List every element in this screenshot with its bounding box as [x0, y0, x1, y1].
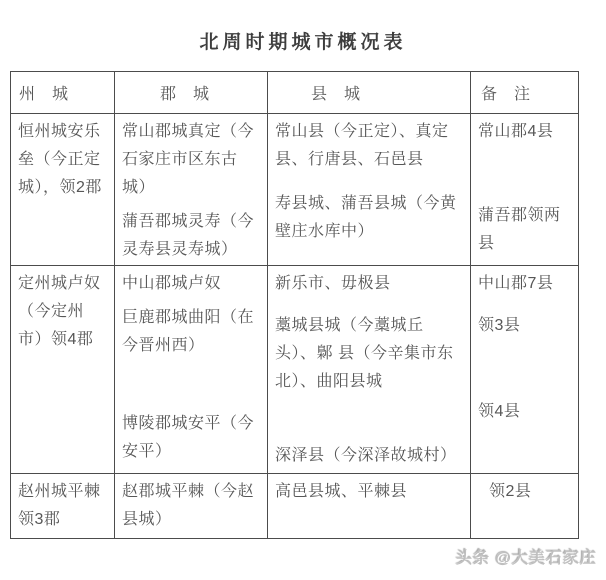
cell-commandery: 常山郡城真定（今石家庄市区东古城） 蒲吾郡城灵寿（今灵寿县灵寿城） — [115, 114, 268, 266]
cell-paragraph: 赵郡城平棘（今赵县城） — [122, 478, 261, 534]
cell-paragraph: 中山郡城卢奴 — [122, 270, 261, 298]
col-header-remarks: 备 注 — [471, 72, 579, 114]
cell-county: 新乐市、毋极县 藁城县城（今藁城丘头）、鄡 县（今辛集市东北）、曲阳县城 深泽县… — [268, 266, 471, 474]
table-row-dingzhou: 定州城卢奴（今定州市）领4郡 中山郡城卢奴 巨鹿郡城曲阳（在今晋州西） 博陵郡城… — [11, 266, 579, 474]
page: 北周时期城市概况表 州 城 郡 城 县 城 备 注 恒州城安乐垒（今正定城），领… — [0, 0, 606, 580]
cell-paragraph: 博陵郡城安平（今安平） — [122, 410, 261, 466]
cell-county: 高邑县城、平棘县 — [268, 474, 471, 539]
cell-paragraph: 深泽县（今深泽故城村） — [275, 442, 464, 470]
cities-table: 州 城 郡 城 县 城 备 注 恒州城安乐垒（今正定城），领2郡 常山郡城真定（… — [10, 71, 579, 539]
cell-paragraph: 蒲吾郡领两县 — [478, 202, 572, 258]
cell-paragraph: 蒲吾郡城灵寿（今灵寿县灵寿城） — [122, 208, 261, 264]
col-header-county-city: 县 城 — [268, 72, 471, 114]
cell-paragraph: 常山郡4县 — [478, 118, 572, 146]
cell-prefecture: 恒州城安乐垒（今正定城），领2郡 — [11, 114, 115, 266]
cell-paragraph: 高邑县城、平棘县 — [275, 478, 464, 506]
cell-remarks: 常山郡4县 蒲吾郡领两县 — [471, 114, 579, 266]
cell-paragraph: 巨鹿郡城曲阳（在今晋州西） — [122, 304, 261, 360]
cell-prefecture: 定州城卢奴（今定州市）领4郡 — [11, 266, 115, 474]
page-title: 北周时期城市概况表 — [0, 27, 606, 54]
col-header-prefecture-city: 州 城 — [11, 72, 115, 114]
cell-paragraph: 领4县 — [478, 398, 572, 426]
cell-prefecture: 赵州城平棘领3郡 — [11, 474, 115, 539]
cell-remarks: 领2县 — [471, 474, 579, 539]
cell-paragraph: 寿县城、蒲吾县城（今黄壁庄水库中） — [275, 190, 464, 246]
cell-commandery: 赵郡城平棘（今赵县城） — [115, 474, 268, 539]
cell-paragraph: 常山郡城真定（今石家庄市区东古城） — [122, 118, 261, 202]
col-header-commandery-city: 郡 城 — [115, 72, 268, 114]
table-row-hengzhou: 恒州城安乐垒（今正定城），领2郡 常山郡城真定（今石家庄市区东古城） 蒲吾郡城灵… — [11, 114, 579, 266]
cell-paragraph: 领2县 — [489, 478, 572, 506]
cell-paragraph: 恒州城安乐垒（今正定城），领2郡 — [18, 118, 108, 202]
cell-paragraph: 藁城县城（今藁城丘头）、鄡 县（今辛集市东北）、曲阳县城 — [275, 312, 464, 396]
header-row: 州 城 郡 城 县 城 备 注 — [11, 72, 579, 114]
table-row-zhaozhou: 赵州城平棘领3郡 赵郡城平棘（今赵县城） 高邑县城、平棘县 领2县 — [11, 474, 579, 539]
cell-paragraph: 赵州城平棘领3郡 — [18, 478, 108, 534]
cell-paragraph: 领3县 — [478, 312, 572, 340]
cell-paragraph: 常山县（今正定）、真定县、行唐县、石邑县 — [275, 118, 464, 174]
cell-county: 常山县（今正定）、真定县、行唐县、石邑县 寿县城、蒲吾县城（今黄壁庄水库中） — [268, 114, 471, 266]
cell-paragraph: 中山郡7县 — [478, 270, 572, 298]
watermark: 头条 @大美石家庄 — [456, 545, 597, 568]
cell-paragraph: 定州城卢奴（今定州市）领4郡 — [18, 270, 108, 354]
cell-commandery: 中山郡城卢奴 巨鹿郡城曲阳（在今晋州西） 博陵郡城安平（今安平） — [115, 266, 268, 474]
cell-paragraph: 新乐市、毋极县 — [275, 270, 464, 298]
cell-remarks: 中山郡7县 领3县 领4县 — [471, 266, 579, 474]
